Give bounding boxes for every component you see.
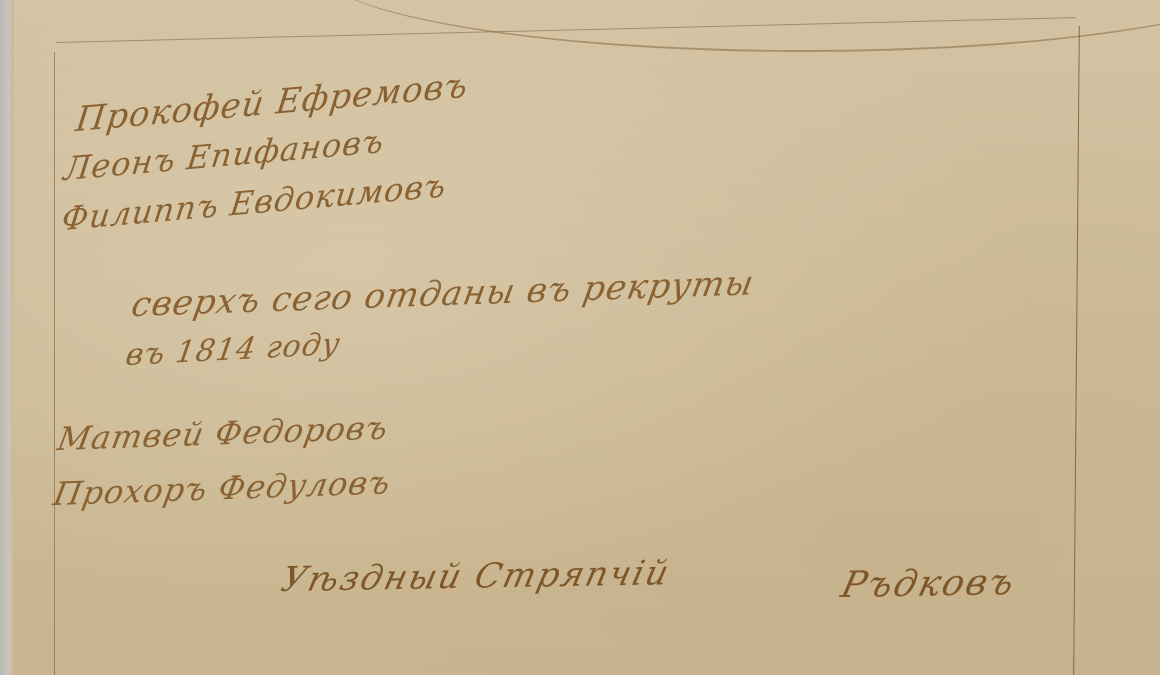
recruit-note-line-1: сверхъ сего отданы въ рекруты (128, 263, 757, 325)
signature-name: Ръдковъ (837, 562, 1020, 606)
ruled-margin-right (1073, 26, 1080, 675)
book-binding-edge (0, 0, 14, 675)
entry-name-4: Матвей Федоровъ (55, 408, 392, 458)
entry-name-1: Прокофей Ефремовъ (74, 65, 471, 140)
entry-name-5: Прохоръ Федуловъ (51, 463, 394, 513)
recruit-note-line-2: въ 1814 году (123, 327, 343, 374)
signature-title: Уѣздный Стряпчiй (277, 553, 674, 600)
ruled-margin-left (54, 52, 55, 675)
document-page: Прокофей Ефремовъ Леонъ Епифановъ Филипп… (14, 0, 1160, 675)
